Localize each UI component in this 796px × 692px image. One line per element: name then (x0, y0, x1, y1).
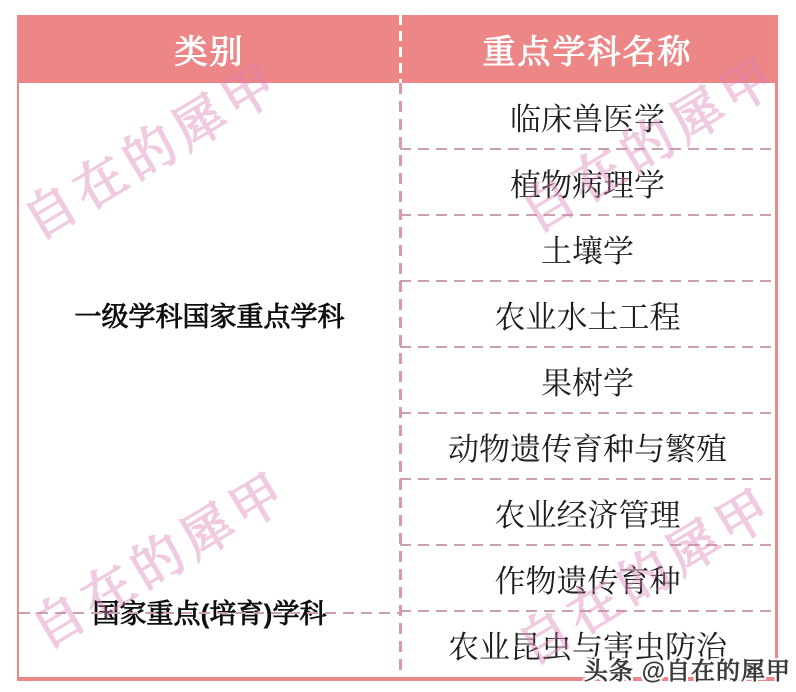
discipline-label: 动物遗传育种与繁殖 (448, 424, 727, 469)
discipline-column: 临床兽医学植物病理学土壤学农业水土工程果树学动物遗传育种与繁殖农业经济管理作物遗… (400, 83, 775, 677)
discipline-row: 果树学 (400, 347, 775, 413)
discipline-label: 临床兽医学 (510, 94, 665, 139)
section-divider-left (19, 612, 400, 614)
category-cell-first-level-national: 一级学科国家重点学科 (19, 83, 400, 545)
category-column: 一级学科国家重点学科 国家重点(培育)学科 (19, 83, 400, 677)
column-divider-body (399, 83, 402, 677)
column-divider-header (399, 15, 402, 83)
discipline-row: 临床兽医学 (400, 83, 775, 149)
discipline-label: 作物遗传育种 (495, 556, 681, 601)
header-cell-discipline-name: 重点学科名称 (400, 15, 775, 83)
key-disciplines-table: 类别 重点学科名称 一级学科国家重点学科 国家重点(培育)学科 临床兽医学植物病… (17, 15, 778, 681)
category-cell-national-cultivated: 国家重点(培育)学科 (19, 545, 400, 677)
discipline-row: 农业水土工程 (400, 281, 775, 347)
discipline-row: 植物病理学 (400, 149, 775, 215)
discipline-label: 植物病理学 (510, 160, 665, 205)
page: 类别 重点学科名称 一级学科国家重点学科 国家重点(培育)学科 临床兽医学植物病… (0, 0, 796, 692)
discipline-label: 果树学 (541, 358, 634, 403)
header-cell-category: 类别 (19, 15, 400, 83)
discipline-row: 农业经济管理 (400, 479, 775, 545)
credit-text: 头条 @自在的犀甲 (584, 651, 791, 686)
table-body: 一级学科国家重点学科 国家重点(培育)学科 临床兽医学植物病理学土壤学农业水土工… (19, 83, 775, 677)
discipline-row: 土壤学 (400, 215, 775, 281)
discipline-row: 作物遗传育种 (400, 545, 775, 611)
discipline-label: 农业经济管理 (495, 490, 681, 535)
table-header-row: 类别 重点学科名称 (19, 15, 775, 83)
discipline-label: 土壤学 (541, 226, 634, 271)
discipline-label: 农业水土工程 (495, 292, 681, 337)
discipline-row: 动物遗传育种与繁殖 (400, 413, 775, 479)
